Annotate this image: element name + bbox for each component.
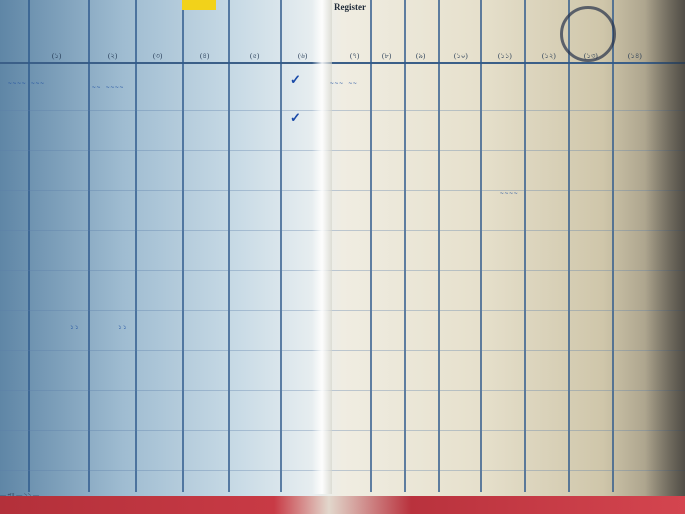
col-num: (৭) bbox=[350, 50, 359, 62]
handwriting: ~~~~ ~~~ bbox=[8, 80, 45, 87]
col-num: (৬) bbox=[298, 50, 307, 62]
col-num: (১২) bbox=[542, 50, 556, 62]
col-num: (১) bbox=[52, 50, 61, 62]
book-spine bbox=[312, 0, 332, 494]
handwriting: ~~~ ~~ bbox=[330, 80, 358, 87]
col-num: (৩) bbox=[153, 50, 162, 62]
register-title: Register bbox=[334, 2, 366, 12]
col-num: (১০) bbox=[454, 50, 468, 62]
handwriting: ১১ bbox=[118, 322, 128, 333]
red-cloth bbox=[0, 496, 685, 514]
ledger-photo: (১) (২) (৩) (৪) (৫) (৬) (৭) (৮) (৯) (১০)… bbox=[0, 0, 685, 514]
col-num: (৫) bbox=[250, 50, 259, 62]
handwriting: ~~ ~~~~ bbox=[92, 84, 124, 91]
left-page: (১) (২) (৩) (৪) (৫) (৬) bbox=[0, 0, 322, 492]
col-num: (৪) bbox=[200, 50, 209, 62]
col-num: (১১) bbox=[498, 50, 512, 62]
checkmark-icon: ✓ bbox=[290, 72, 301, 88]
yellow-bookmark bbox=[182, 0, 216, 10]
col-num: (২) bbox=[108, 50, 117, 62]
handwriting: ১১ bbox=[70, 322, 80, 333]
col-num: (১৪) bbox=[628, 50, 642, 62]
right-page: (৭) (৮) (৯) (১০) (১১) (১২) (১৩) (১৪) bbox=[322, 0, 685, 492]
col-num: (৯) bbox=[416, 50, 425, 62]
checkmark-icon: ✓ bbox=[290, 110, 301, 126]
handwriting: ~~~~ bbox=[500, 190, 518, 197]
official-stamp bbox=[560, 6, 616, 62]
col-num: (৮) bbox=[382, 50, 391, 62]
